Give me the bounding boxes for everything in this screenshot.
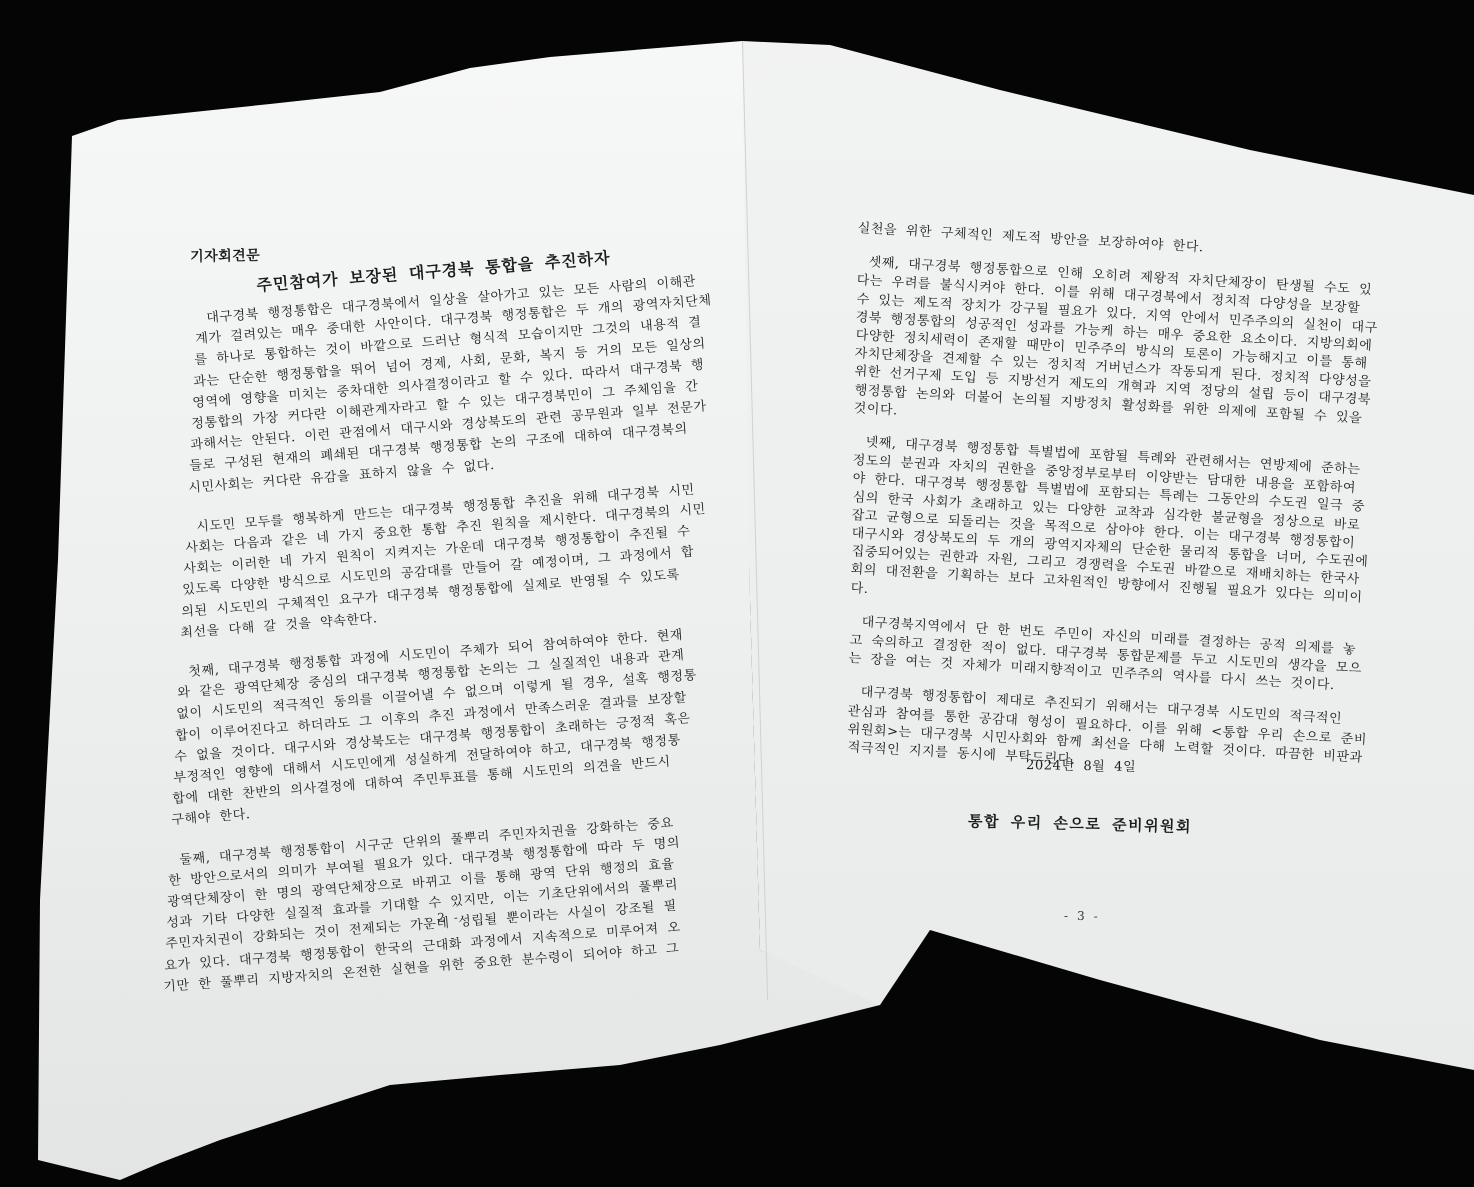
signatory-organization: 통합 우리 손으로 준비위원회 [968,814,1192,835]
body-line: 것이다. [854,402,899,417]
body-line: 실천을 위한 구체적인 제도적 방안을 보장하여야 한다. [857,222,1204,254]
body-line: 다. [850,582,869,596]
body-line: 구해야 한다. [171,808,251,827]
statement-date: 2024년 8월 4일 [1026,759,1136,774]
page-number-2: - 2 - [424,911,459,924]
document-label: 기자회견문 [190,249,260,264]
page-number-3: - 3 - [1064,910,1099,923]
